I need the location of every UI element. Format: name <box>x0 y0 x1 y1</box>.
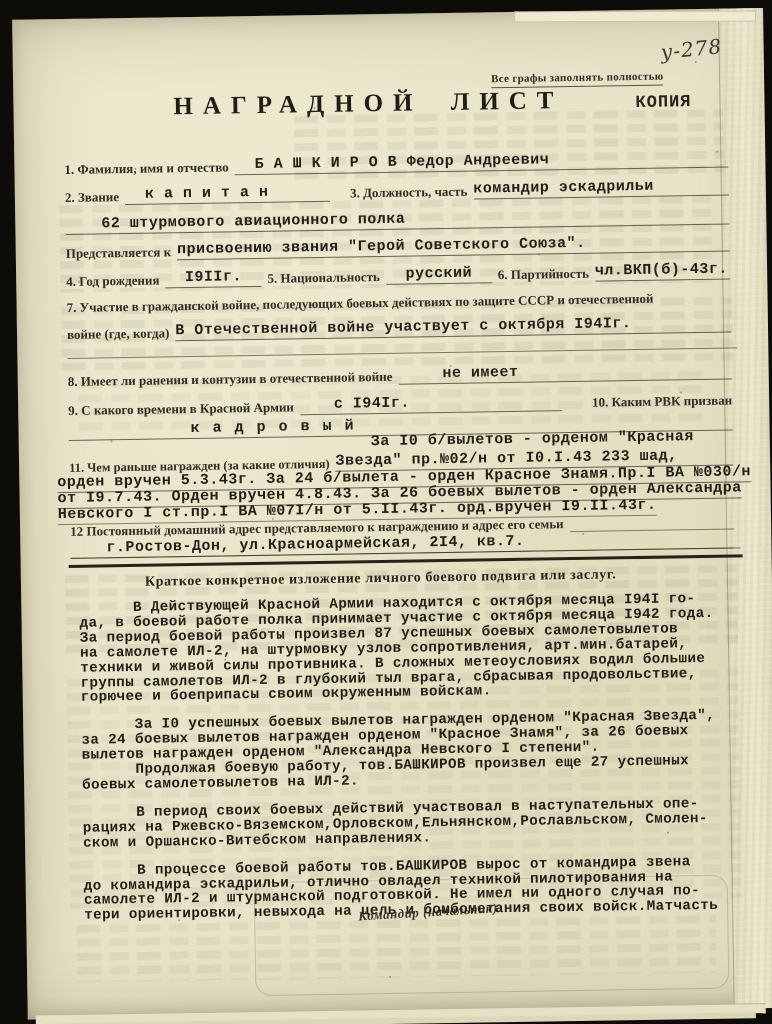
field-2-3-row: 2. Звание к а п и т а н 3. Должность, ча… <box>65 177 729 206</box>
field-3-row-2: 62 штурмового авиационного полка <box>65 206 729 235</box>
blank-rule-line <box>67 347 737 359</box>
citation-paragraph-4: В период своих боевых действий участвова… <box>82 796 737 851</box>
field-4-value: I9IIг. <box>165 268 261 289</box>
field-5-label: 5. Национальность <box>267 269 380 287</box>
document-page: у-278 Все графы заполнять полностью КОПИ… <box>12 8 772 1020</box>
field-9-label: 9. С какого времени в Красной Армии <box>68 399 294 419</box>
field-3-label: 3. Должность, часть <box>350 184 468 202</box>
fields-4-5-6-row: 4. Год рождения I9IIг. 5. Национальность… <box>66 261 730 290</box>
presented-for-label: Представляется к <box>66 244 172 262</box>
presented-for-value: присвоению звания "Герой Советского Союз… <box>177 233 730 261</box>
presented-for-row: Представляется к присвоению звания "Геро… <box>66 233 730 262</box>
field-6-label: 6. Партийность <box>498 266 589 283</box>
citation-text: В Действующей Красной Армии находится с … <box>79 592 738 924</box>
page-title: НАГРАДНОЙ ЛИСТ <box>163 87 573 121</box>
field-8-value: не имеет <box>398 361 732 385</box>
handwritten-mark: у-278 <box>660 34 724 64</box>
field-7-value: В Отечественной войне участвует с октябр… <box>175 314 731 342</box>
field-3-value-2: 62 штурмового авиационного полка <box>65 206 729 235</box>
scan-background: { "colors": { "background": "#0d0c08", "… <box>0 0 772 1024</box>
field-2-value: к а п и т а н <box>125 183 330 205</box>
section-heading: Краткое конкретное изложение личного бое… <box>145 567 617 590</box>
field-7-label: 7. Участие в гражданской войне, последую… <box>67 291 654 316</box>
field-6-value: чл.ВКП(б)-43г. <box>595 261 731 282</box>
field-5-value: русский <box>386 264 492 285</box>
field-7-value-row: войне (где, когда) В Отечественной войне… <box>67 314 731 343</box>
field-7-label-row: 7. Участие в гражданской войне, последую… <box>67 290 731 316</box>
field-1-row: 1. Фамилия, имя и отчество Б А Ш К И Р О… <box>64 149 728 178</box>
field-10-label: 10. Каким РВК призван <box>592 393 732 411</box>
field-1-label: 1. Фамилия, имя и отчество <box>64 159 228 178</box>
field-8-row: 8. Имеет ли ранения и контузии в отечест… <box>68 361 732 390</box>
field-3-value: командир эскадрильи <box>473 177 729 200</box>
field-2-label: 2. Звание <box>65 189 119 206</box>
copy-stamp: КОПИЯ <box>635 93 691 113</box>
citation-paragraph-1: В Действующей Красной Армии находится с … <box>79 592 735 707</box>
field-9-value: с I94Iг. <box>300 392 563 415</box>
field-4-label: 4. Год рождения <box>66 272 160 289</box>
field-7-label-2: войне (где, когда) <box>67 325 170 343</box>
paper-flecks <box>12 20 14 22</box>
field-8-label: 8. Имеет ли ранения и контузии в отечест… <box>68 369 393 390</box>
stacked-sheets-corner <box>514 11 756 23</box>
field-1-value: Б А Ш К И Р О В Федор Андреевич <box>235 149 729 176</box>
fill-all-fields-note: Все графы заполнять полностью <box>491 71 664 89</box>
